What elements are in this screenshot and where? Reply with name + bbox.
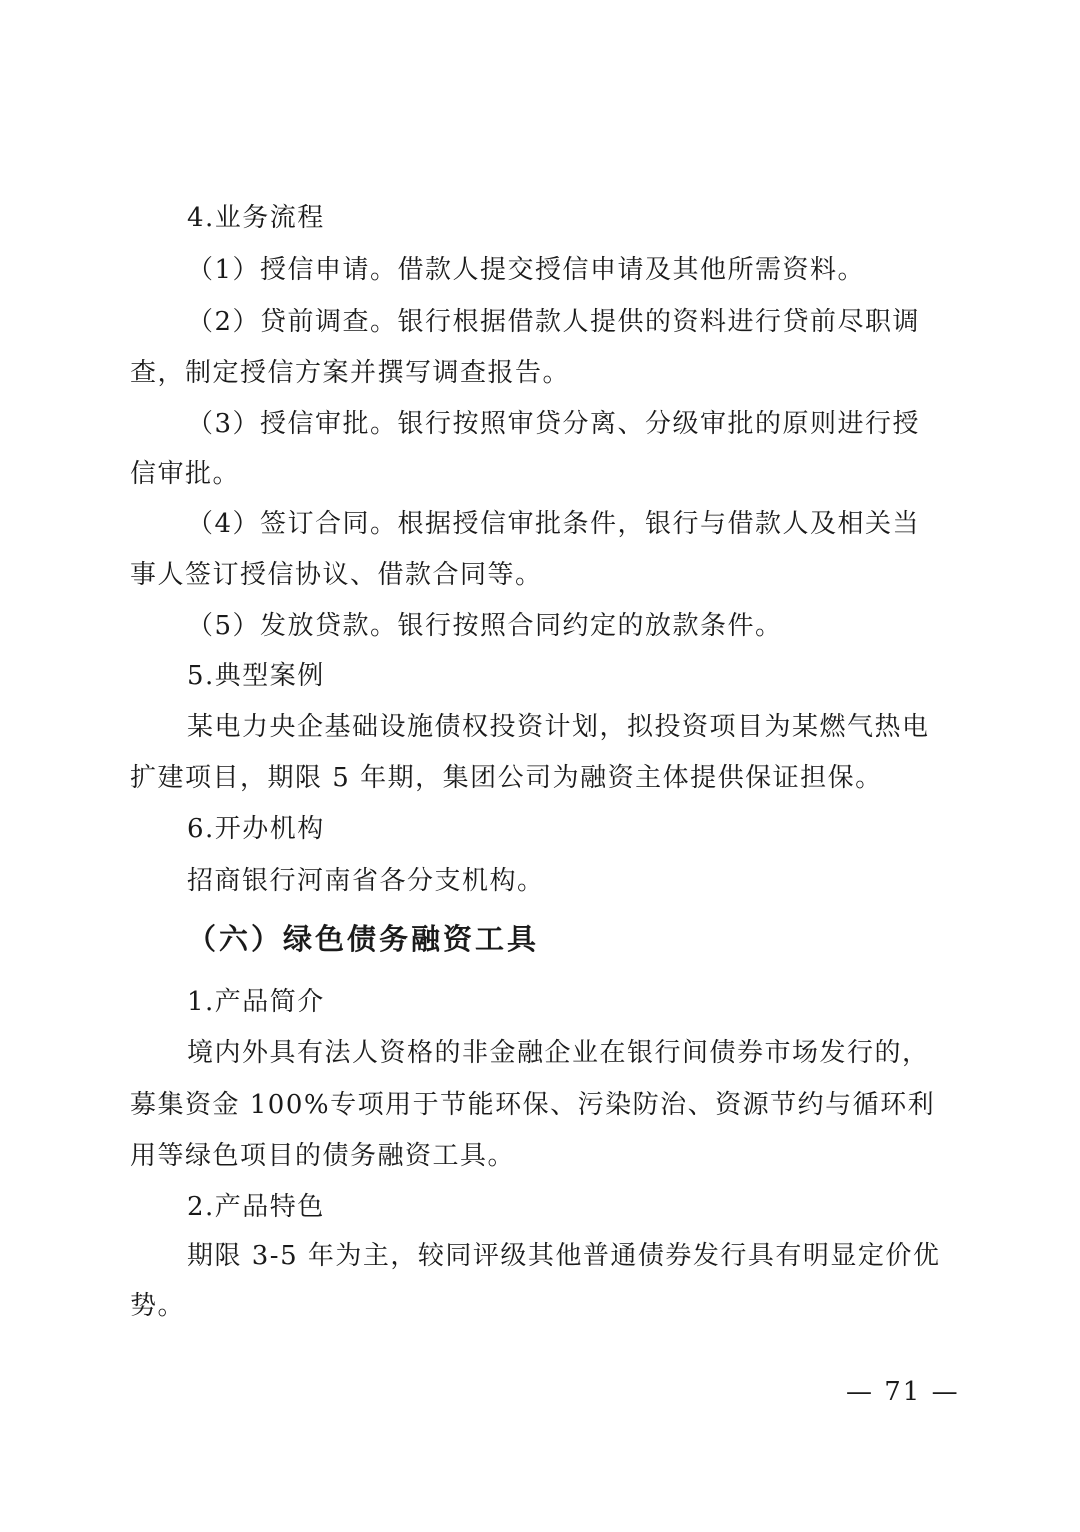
product-features-line-1: 期限 3-5 年为主，较同评级其他普通债券发行具有明显定价优 (187, 1238, 952, 1274)
product-intro-line-2: 募集资金 100%专项用于节能环保、污染防治、资源节约与循环利 (130, 1087, 952, 1123)
step-2-line-2: 查，制定授信方案并撰写调查报告。 (130, 355, 952, 391)
section-title-typical-case: 5.典型案例 (187, 658, 952, 694)
institutions-text: 招商银行河南省各分支机构。 (187, 863, 952, 899)
step-3-line-1: （3）授信审批。银行按照审贷分离、分级审批的原则进行授 (187, 406, 952, 442)
product-intro-line-3: 用等绿色项目的债务融资工具。 (130, 1138, 952, 1174)
chapter-heading-green-debt: （六）绿色债务融资工具 (187, 921, 1009, 957)
section-title-institutions: 6.开办机构 (187, 811, 952, 847)
step-2-line-1: （2）贷前调查。银行根据借款人提供的资料进行贷前尽职调 (187, 304, 952, 340)
document-page: 4.业务流程 （1）授信申请。借款人提交授信申请及其他所需资料。 （2）贷前调查… (0, 0, 1080, 1532)
step-4-line-2: 事人签订授信协议、借款合同等。 (130, 557, 952, 593)
section-title-business-process: 4.业务流程 (187, 200, 952, 236)
step-1-line: （1）授信申请。借款人提交授信申请及其他所需资料。 (187, 252, 952, 288)
section-title-product-features: 2.产品特色 (187, 1189, 952, 1225)
typical-case-line-2: 扩建项目，期限 5 年期，集团公司为融资主体提供保证担保。 (130, 760, 952, 796)
section-title-product-intro: 1.产品简介 (187, 984, 952, 1020)
product-features-line-2: 势。 (130, 1288, 952, 1324)
step-4-line-1: （4）签订合同。根据授信审批条件，银行与借款人及相关当 (187, 506, 952, 542)
step-5-line: （5）发放贷款。银行按照合同约定的放款条件。 (187, 608, 952, 644)
step-3-line-2: 信审批。 (130, 456, 952, 492)
page-number: — 71 — (846, 1374, 960, 1410)
product-intro-line-1: 境内外具有法人资格的非金融企业在银行间债券市场发行的， (187, 1035, 952, 1071)
typical-case-line-1: 某电力央企基础设施债权投资计划，拟投资项目为某燃气热电 (187, 709, 952, 745)
